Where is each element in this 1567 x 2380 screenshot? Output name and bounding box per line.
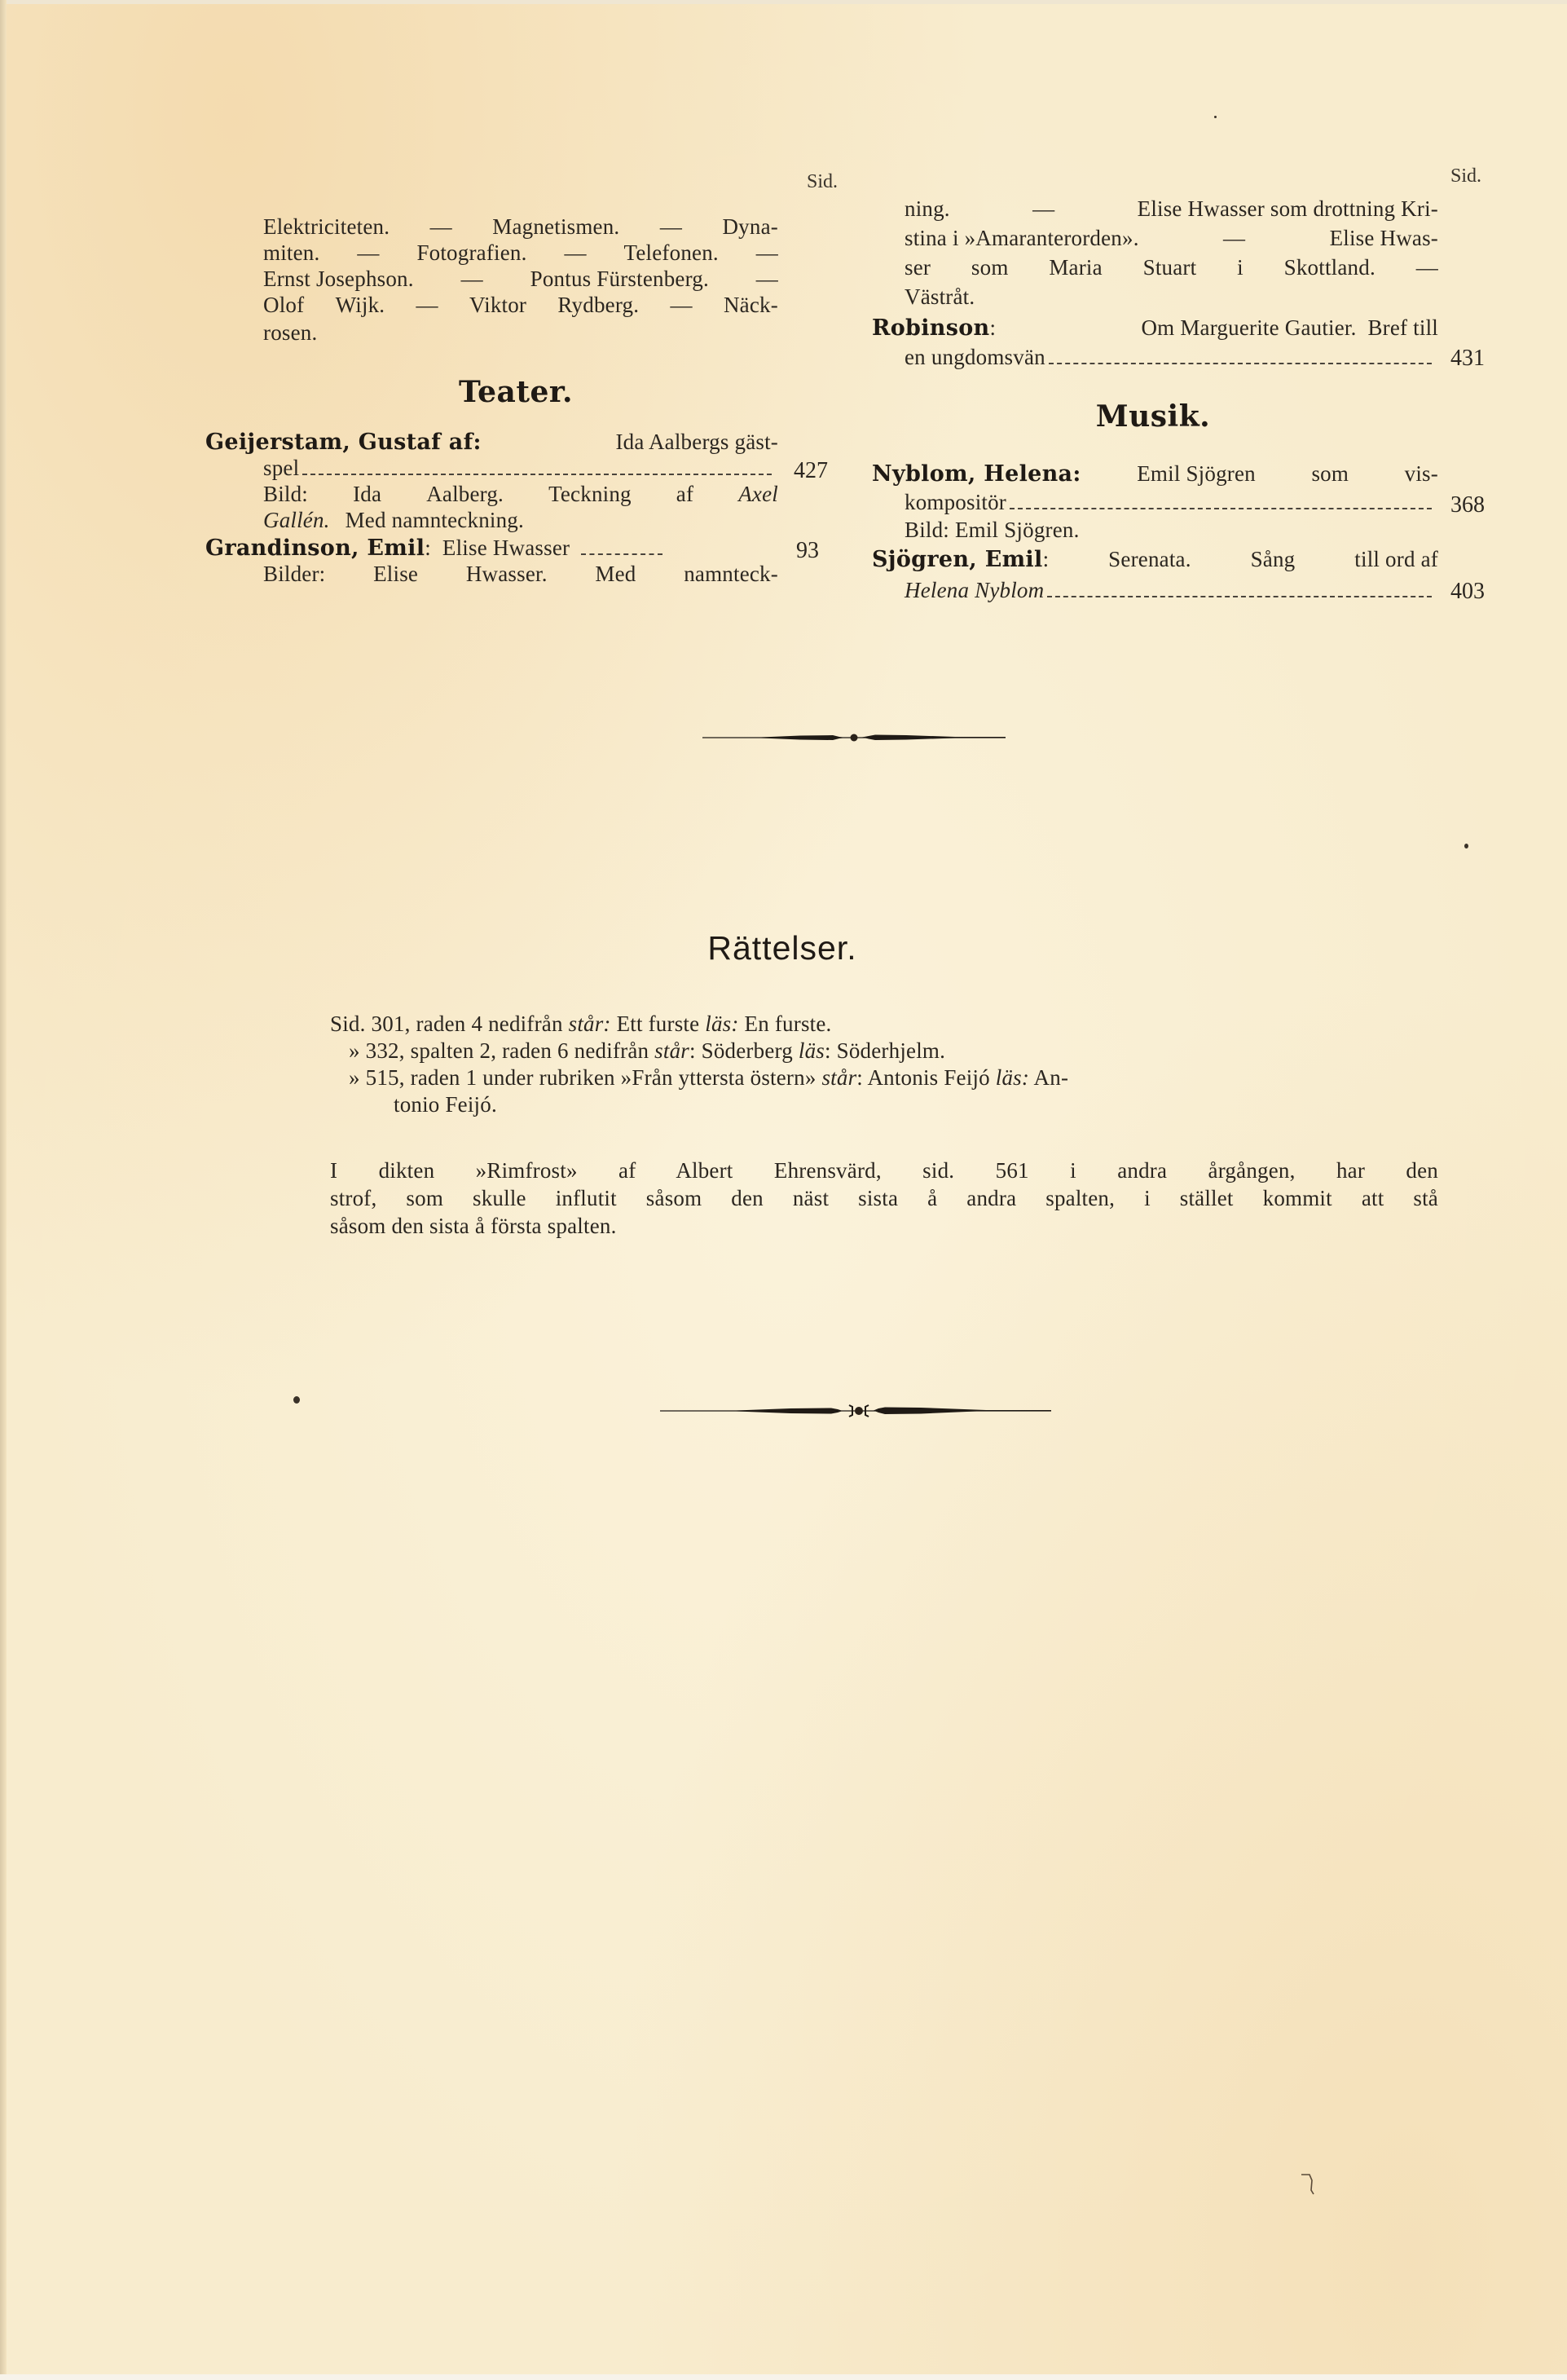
- text: Viktor: [469, 292, 526, 318]
- cont-line-2: stina i »Amaranterorden». — Elise Hwas-: [905, 225, 1438, 251]
- star-label: står: [654, 1038, 689, 1063]
- text: Elise Hwasser som drottning Kri-: [1138, 196, 1438, 222]
- correction-item-3: » 515, raden 1 under rubriken »Från ytte…: [349, 1064, 1068, 1091]
- text: Bild:: [263, 481, 308, 507]
- text: som: [971, 254, 1009, 280]
- page-top-edge: [0, 0, 1567, 4]
- colon: :: [473, 430, 481, 455]
- italic-text: Gallén.: [263, 508, 330, 532]
- dash: —: [756, 240, 778, 266]
- author-name: Robinson: [872, 315, 989, 341]
- text: Fotografien.: [416, 240, 526, 266]
- entry-title: Ida Aalbergs gäst-: [615, 429, 778, 456]
- text: Emil Sjögren: [1137, 461, 1256, 487]
- note-line-2: strof, som skulle influtit såsom den näs…: [330, 1185, 1438, 1211]
- page-number: 93: [796, 538, 819, 564]
- entry-robinson-line-1: Robinson: Om Marguerite Gautier. Bref ti…: [872, 315, 1438, 342]
- text: Ernst Josephson.: [263, 266, 414, 292]
- text: Hwasser.: [466, 561, 548, 587]
- right-text: : Söderhjelm.: [825, 1038, 945, 1063]
- text: Med: [595, 561, 636, 587]
- las-label: läs:: [996, 1065, 1029, 1090]
- correction-item-2: » 332, spalten 2, raden 6 nedifrån står:…: [349, 1038, 945, 1064]
- ornamental-rule-icon: [702, 729, 1006, 746]
- right-text: An-: [1029, 1065, 1068, 1090]
- entry-sjogren-line-1: Sjögren, Emil: Serenata. Sång till ord a…: [872, 546, 1438, 573]
- dot-leader: [581, 553, 662, 555]
- page-ref: 301: [372, 1011, 405, 1036]
- correction-item-3-cont: tonio Feijó.: [394, 1091, 497, 1117]
- author-name: Nyblom, Helena: [872, 461, 1072, 487]
- dash: —: [670, 292, 692, 318]
- entry-grandinson-line-1: Grandinson, Emil: Elise Hwasser: [205, 535, 778, 562]
- dash: —: [357, 240, 379, 266]
- entry-title-cont: spel: [263, 455, 299, 481]
- dash: —: [756, 266, 778, 292]
- section-title-musik: Musik.: [872, 399, 1434, 434]
- intro-line-2: miten. — Fotografien. — Telefonen. —: [263, 240, 778, 266]
- ornamental-rule-brackets-icon: [660, 1400, 1051, 1421]
- entry-nyblom-note: Bild: Emil Sjögren.: [905, 517, 1080, 543]
- note-line-3: såsom den sista å första spalten.: [330, 1213, 617, 1239]
- text: Elektriciteten.: [263, 214, 390, 240]
- entry-robinson-line-2: en ungdomsvän: [905, 344, 1438, 370]
- page-number: 403: [1450, 579, 1485, 605]
- prefix: Sid.: [330, 1011, 366, 1036]
- text: namnteck-: [684, 561, 778, 587]
- entry-title-cont: kompositör: [905, 489, 1006, 515]
- text: Telefonen.: [624, 240, 719, 266]
- text: miten.: [263, 240, 319, 266]
- italic-text: Axel: [738, 481, 778, 507]
- text: till ord af: [1354, 546, 1438, 573]
- entry-title-cont: en ungdomsvän: [905, 344, 1045, 370]
- page-bottom-edge: [0, 2374, 1567, 2380]
- entry-geijerstam-line-1: Geijerstam, Gustaf af: Ida Aalbergs gäst…: [205, 429, 778, 456]
- text: Sång: [1251, 546, 1296, 573]
- author-name: Geijerstam, Gustaf af: [205, 430, 473, 455]
- correction-item-1: Sid. 301, raden 4 nedifrån står: Ett fur…: [330, 1011, 831, 1037]
- paper-speck: [1464, 844, 1468, 848]
- text: Med namnteckning.: [346, 508, 524, 532]
- location: , spalten 2, raden 6 nedifrån: [399, 1038, 654, 1063]
- text: Bilder:: [263, 561, 325, 587]
- text: som: [1311, 461, 1349, 487]
- text: Maria: [1049, 254, 1102, 280]
- dot-leader: [302, 474, 772, 475]
- intro-line-3: Ernst Josephson. — Pontus Fürstenberg. —: [263, 266, 778, 292]
- text: Elise Hwas-: [1330, 225, 1438, 251]
- text: Serenata.: [1108, 546, 1191, 573]
- note-line-1: I dikten »Rimfrost» af Albert Ehrensvärd…: [330, 1157, 1438, 1183]
- left-sid-label: Sid.: [807, 171, 838, 193]
- right-sid-label: Sid.: [1450, 165, 1481, 187]
- las-label: läs: [799, 1038, 825, 1063]
- text: Skottland.: [1284, 254, 1376, 280]
- text: Wijk.: [336, 292, 385, 318]
- intro-line-4: Olof Wijk. — Viktor Rydberg. — Näck-: [263, 292, 778, 318]
- text: Aalberg.: [426, 481, 504, 507]
- las-label: läs:: [705, 1011, 738, 1036]
- text: Pontus Fürstenberg.: [530, 266, 709, 292]
- text: Olof: [263, 292, 304, 318]
- text: Västråt.: [905, 284, 975, 309]
- entry-nyblom-line-1: Nyblom, Helena: Emil Sjögren som vis-: [872, 461, 1438, 487]
- dash: —: [1223, 225, 1245, 251]
- dash: —: [430, 214, 452, 240]
- cont-line-3: ser som Maria Stuart i Skottland. —: [905, 254, 1438, 280]
- prefix: »: [349, 1038, 360, 1063]
- colon: :: [1043, 547, 1050, 571]
- page-ref: 332: [366, 1038, 399, 1063]
- cont-line-1: ning. — Elise Hwasser som drottning Kri-: [905, 196, 1438, 222]
- dot-leader: [1047, 596, 1432, 597]
- corrections-title: Rättelser.: [619, 929, 945, 967]
- text: i: [1237, 254, 1243, 280]
- wrong-text: : Antonis Feijó: [856, 1065, 995, 1090]
- entry-nyblom-line-2: kompositör: [905, 489, 1438, 515]
- text: stina i »Amaranterorden».: [905, 225, 1139, 251]
- text: Stuart: [1143, 254, 1197, 280]
- entry-geijerstam-note-1: Bild: Ida Aalberg. Teckning af Axel: [263, 481, 778, 507]
- star-label: står:: [569, 1011, 611, 1036]
- text: af: [676, 481, 693, 507]
- text: Ida: [353, 481, 381, 507]
- intro-line-5: rosen.: [263, 320, 317, 346]
- location: , raden 1 under rubriken »Från yttersta …: [399, 1065, 822, 1090]
- text: ser: [905, 254, 931, 280]
- wrong-text: Ett furste: [611, 1011, 706, 1036]
- page-ref: 515: [366, 1065, 399, 1090]
- intro-line-1: Elektriciteten. — Magnetismen. — Dyna-: [263, 214, 778, 240]
- entry-geijerstam-note-2: Gallén. Med namnteckning.: [263, 507, 524, 533]
- dash: —: [416, 292, 438, 318]
- entry-grandinson-note-1: Bilder: Elise Hwasser. Med namnteck-: [263, 561, 778, 587]
- dash: —: [564, 240, 586, 266]
- wrong-text: : Söderberg: [689, 1038, 799, 1063]
- dash: —: [1416, 254, 1438, 280]
- text: Rydberg.: [557, 292, 639, 318]
- entry-geijerstam-line-2: spel: [263, 455, 778, 481]
- page-left-edge: [0, 0, 7, 2380]
- dot-leader: [1010, 508, 1432, 509]
- text: Näck-: [724, 292, 778, 318]
- page-number: 368: [1450, 492, 1485, 518]
- dash: —: [660, 214, 682, 240]
- paper-hair-mark: [1300, 2172, 1318, 2197]
- colon: :: [425, 535, 442, 561]
- text: rosen.: [263, 320, 317, 345]
- paper-speck: [293, 1396, 300, 1404]
- paper-speck: [1214, 116, 1217, 118]
- section-title-teater: Teater.: [263, 375, 768, 409]
- colon: :: [1072, 461, 1081, 487]
- right-text: En furste.: [739, 1011, 832, 1036]
- text: vis-: [1405, 461, 1438, 487]
- star-label: står: [821, 1065, 856, 1090]
- author-name: Sjögren, Emil: [872, 547, 1043, 572]
- text: Elise: [373, 561, 418, 587]
- colon: :: [989, 315, 996, 340]
- dash: —: [461, 266, 483, 292]
- author-name: Grandinson, Emil: [205, 535, 425, 562]
- dot-leader: [1049, 363, 1432, 364]
- location: , raden 4 nedifrån: [405, 1011, 569, 1036]
- page-number: 427: [794, 458, 828, 484]
- entry-sjogren-line-2: Helena Nyblom: [905, 577, 1438, 603]
- text: Teckning: [548, 481, 632, 507]
- entry-title: Om Marguerite Gautier. Bref till: [1141, 315, 1438, 342]
- text: ning.: [905, 196, 950, 222]
- entry-title: Elise Hwasser: [442, 535, 570, 561]
- italic-text: Helena Nyblom: [905, 577, 1044, 603]
- text: Dyna-: [722, 214, 777, 240]
- prefix: »: [349, 1065, 360, 1090]
- cont-line-4: Västråt.: [905, 284, 975, 310]
- page-number: 431: [1450, 346, 1485, 372]
- text: Magnetismen.: [492, 214, 619, 240]
- dash: —: [1032, 196, 1054, 222]
